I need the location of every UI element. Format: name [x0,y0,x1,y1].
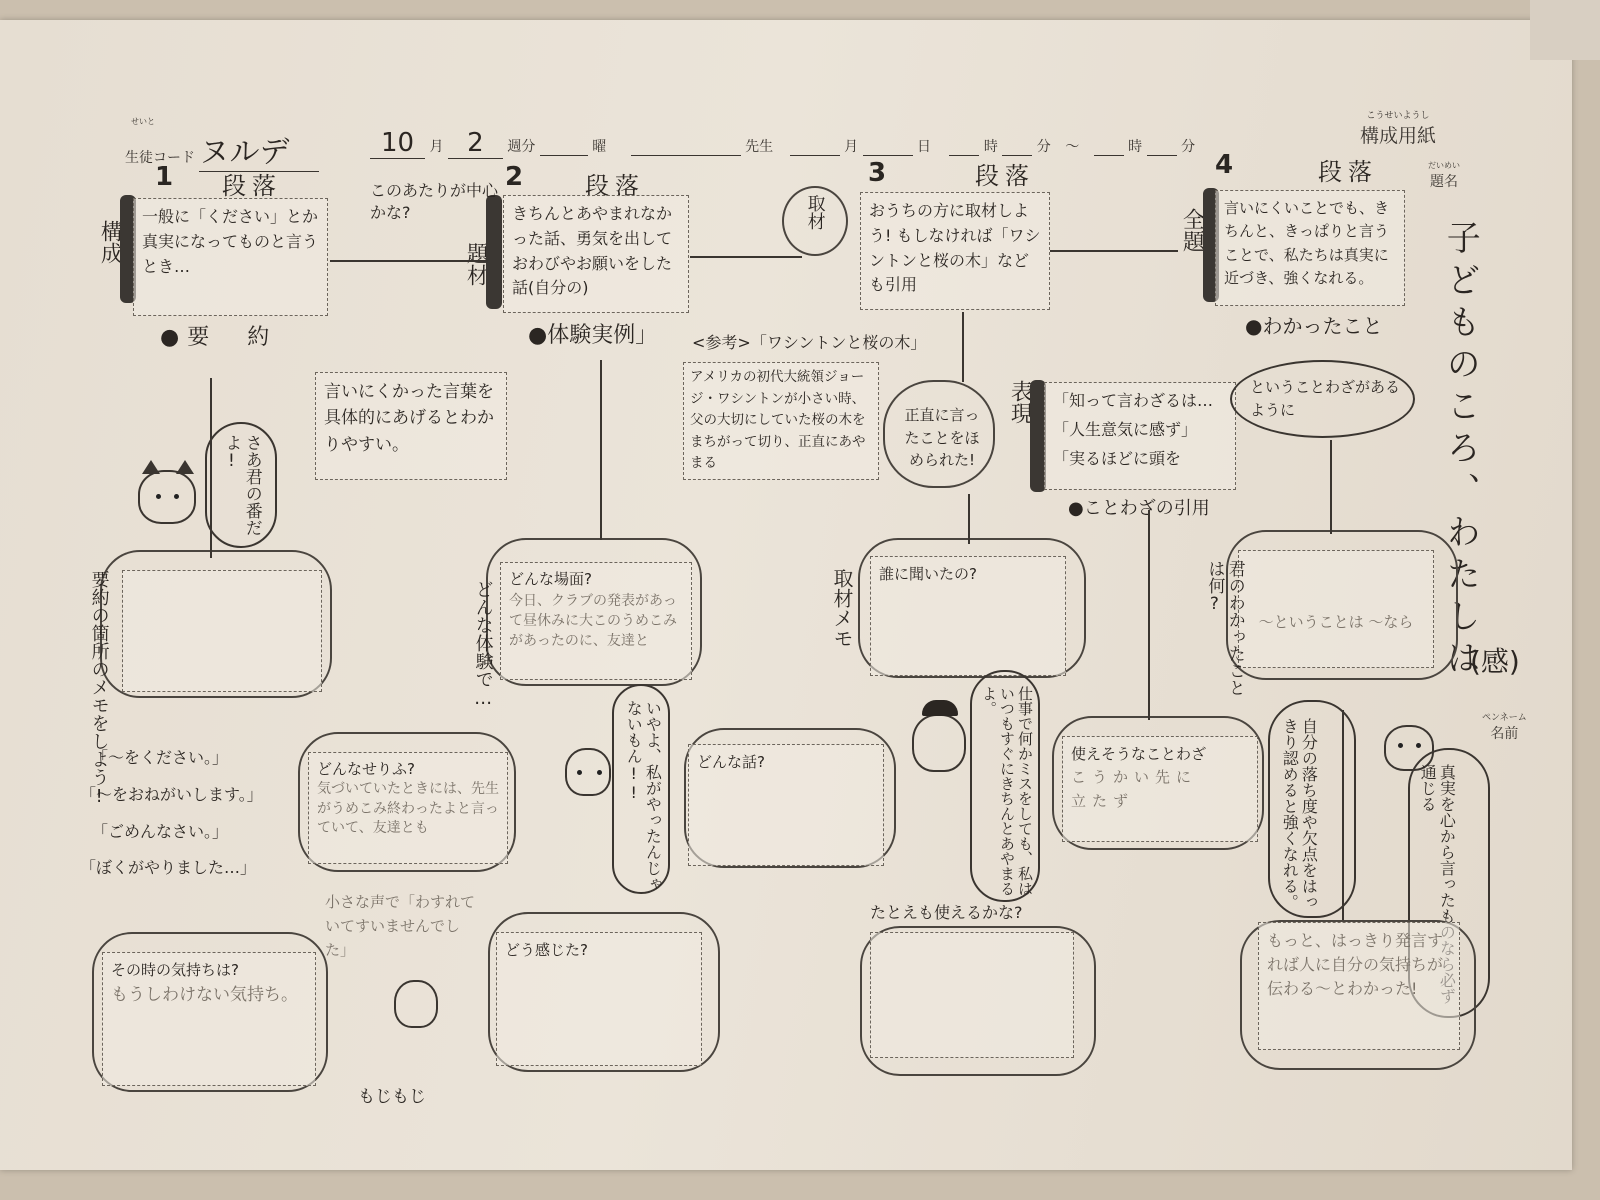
end-hour-label: 時 [1128,139,1142,155]
end-minute-value[interactable] [1147,139,1177,156]
dog-speech-text: さあ君の番だよ! [221,434,262,546]
form-title: こうせいようし 構成用紙 [1360,108,1436,148]
dog-speech-bubble: さあ君の番だよ! [205,422,277,548]
date-day-label: 日 [917,139,931,155]
understood-memo-box[interactable]: 〜ということは 〜なら [1238,550,1434,668]
week-label: 週分 [507,139,535,155]
learned-answer: もっと、はっきり発言すれば人に自分の気持ちが伝わる〜とわかった! [1267,929,1451,1001]
interview-memo-box[interactable]: 誰に聞いたの? [870,556,1066,676]
dialogue-memo-box[interactable]: どんなせりふ? 気づいていたときには、先生がうめこみ終わったよと言っていて、友達… [308,752,508,864]
month-value[interactable]: 10 [370,128,425,159]
connector-line [1148,510,1150,720]
girl-cat-drawing [565,748,611,796]
paragraph-4-number: 4 [1215,150,1233,180]
end-hour-value[interactable] [1094,139,1124,156]
date-week-field: 10 月 2 週分 曜 先生 月 日 時 分 〜 時 分 [370,128,1195,159]
paragraph-1-tag: ●要 約 [160,320,277,351]
feeling-memo-box[interactable]: その時の気持ちは? もうしわけない気持ち。 [102,952,316,1086]
scene-memo-box[interactable]: どんな場面? 今日、クラブの発表があって昼休みに大このうめこみがあったのに、友達… [500,562,692,680]
quote-item: 「ごめんなさい。」 [92,814,263,851]
understood-side-note: 君のわかったことは何? [1204,560,1245,700]
girl-speech-text: いやよ、私がやったんじゃないもん!! [624,700,662,892]
connector-3-4 [1050,250,1178,252]
connector-2-3 [690,256,802,258]
paragraph-2-box[interactable]: きちんとあやまれなかった話、勇気を出しておわびやお願いをした話(自分の) [503,195,689,313]
end-minute-label: 分 [1181,139,1195,155]
reference-label: <参考>「ワシントンと桜の木」 [692,330,926,353]
man-with-hat-drawing [912,714,966,772]
interview-prompt: 誰に聞いたの? [879,563,1057,586]
how-felt-prompt: どう感じた? [505,939,693,962]
proverb-item: 「知って言わざるは… [1053,387,1227,416]
scene-prompt: どんな場面? [509,569,683,591]
proverb-tag: ●ことわざの引用 [1068,494,1210,520]
mojimoji-label: もじもじ [358,1082,426,1107]
connector-line [1330,440,1332,534]
connector-line [962,312,964,382]
shuzai-memo-side: 取材メモ [830,568,854,648]
concrete-words-note: 言いにくかった言葉を具体的にあげるとわかりやすい。 [315,372,507,480]
weekday-value[interactable] [540,139,588,156]
understood-answer: 〜ということは 〜なら [1247,611,1425,634]
paragraph-4-word: 段落 [1318,152,1378,187]
shuzai-cloud-text: 取材 [804,194,826,230]
proverb-item: 「人生意気に感ず」 [1053,416,1227,445]
paragraph-2-tag: ●体験実例」 [528,318,657,349]
form-title-ruby: こうせいようし [1360,108,1436,121]
form-title-text: 構成用紙 [1360,121,1436,148]
dialogue-prompt: どんなせりふ? [317,759,499,780]
connector-line [968,494,970,544]
story-prompt: どんな話? [697,751,875,774]
paragraph-4-box[interactable]: 言いにくいことでも、きちんと、きっぱりと言うことで、私たちは真実に近づき、強くな… [1215,190,1405,306]
week-value[interactable]: 2 [448,128,503,159]
paragraph-1-box[interactable]: 一般に「ください」とか真実になってものと言うとき… [133,198,328,316]
shy-cat-drawing [394,980,438,1028]
ear-icon [176,460,194,474]
ear-icon [142,460,160,474]
name-section: ペンネーム 名前 [1482,710,1527,743]
teacher-value[interactable] [631,139,741,156]
center-question-note: このあたりが中心かな? [370,180,500,223]
experience-side-note: どんな体験で… [472,580,494,709]
range-tilde: 〜 [1065,139,1079,155]
self-speech-text: 自分の落ち度や欠点をはっきり認めると強くなれる。 [1280,718,1318,912]
analogy-memo-box[interactable] [870,932,1074,1058]
ruby: せいと [131,116,319,127]
date-month-label: 月 [844,139,858,155]
honest-cloud: 正直に言ったことをほめられた! [883,380,995,488]
paper-fold [1530,0,1600,60]
eye-icon [597,770,602,775]
eye-icon [1416,743,1421,748]
eye-icon [174,494,179,499]
proverb-prompt: 使えそうなことわざ [1071,743,1249,766]
dog-drawing [138,470,196,524]
proverb-list: 「知って言わざるは… 「人生意気に感ず」 「実るほどに頭を [1044,382,1236,490]
learned-memo-box[interactable]: もっと、はっきり発言すれば人に自分の気持ちが伝わる〜とわかった! [1258,922,1460,1050]
penname-label: ペンネーム [1482,710,1527,723]
title-label: だいめい 題名 [1428,160,1460,191]
quote-examples: 「〜をください。」 「〜をおねがいします。」 「ごめんなさい。」 「ぼくがやりま… [80,740,263,887]
start-hour-label: 時 [984,139,998,155]
date-day-value[interactable] [863,139,913,156]
man-speech-text: 仕事で何かミスをしても、私はいつもすぐにきちんとあやまるよ。 [980,686,1034,896]
story-memo-box[interactable]: どんな話? [688,744,884,866]
paragraph-2-number: 2 [505,162,523,192]
analogy-prompt: たとえも使えるかな? [870,900,1023,923]
hyogen-label: 表現 [1006,380,1032,424]
reference-box: アメリカの初代大統領ジョージ・ワシントンが小さい時、父の大切にしていた桜の木をま… [683,362,879,480]
proverb-answer: こうかい先に立たず [1071,766,1211,813]
connector-line [600,360,602,540]
paragraph-4-tag: ●わかったこと [1245,310,1382,339]
paragraph-3-number: 3 [868,158,886,188]
how-felt-memo-box[interactable]: どう感じた? [496,932,702,1066]
quote-item: 「〜をおねがいします。」 [80,777,263,814]
weekday-label: 曜 [592,139,606,155]
teacher-label: 先生 [745,139,773,155]
worksheet-paper: せいと 生徒コード ヌルデ 10 月 2 週分 曜 先生 月 日 時 分 〜 時… [0,20,1572,1170]
feeling-prompt: その時の気持ちは? [111,959,307,982]
quote-item: 「〜をください。」 [92,740,263,777]
connector-line [210,378,212,558]
connector-1-2 [330,260,488,262]
shuzai-cloud: 取材 [782,186,848,256]
paragraph-1-word: 段落 [222,166,282,201]
feeling-answer: もうしわけない気持ち。 [111,982,307,1008]
title-label-ruby: だいめい [1428,160,1460,171]
start-minute-label: 分 [1037,139,1051,155]
month-label: 月 [429,139,443,155]
small-voice-note: 小さな声で「わすれていてすいませんでした」 [325,890,475,962]
connector-line [1342,710,1344,920]
dialogue-answer: 気づいていたときには、先生がうめこみ終わったよと言っていて、友達とも [317,780,499,839]
girl-speech-bubble: いやよ、私がやったんじゃないもん!! [612,684,670,894]
eye-icon [156,494,161,499]
proverb-bubble: ということわざがあるように [1230,360,1415,438]
summary-memo-box[interactable] [122,570,322,692]
start-hour-value[interactable] [949,139,979,156]
title-label-text: 題名 [1428,171,1460,191]
eye-icon [577,770,582,775]
paragraph-4-side-label: 全題 [1178,208,1204,252]
eye-icon [1398,743,1403,748]
hat-icon [922,700,958,716]
man-speech-bubble: 仕事で何かミスをしても、私はいつもすぐにきちんとあやまるよ。 [970,670,1040,902]
paragraph-3-word: 段落 [975,156,1035,191]
paragraph-3-box[interactable]: おうちの方に取材しよう! もしなければ「ワシントンと桜の木」なども引用 [860,192,1050,310]
proverb-item: 「実るほどに頭を [1053,445,1227,474]
quote-item: 「ぼくがやりました…」 [80,850,263,887]
paragraph-2-side-label: 題材 [462,242,488,286]
date-month-value[interactable] [790,139,840,156]
paragraph-1-number: 1 [155,162,173,192]
scene-answer: 今日、クラブの発表があって昼休みに大このうめこみがあったのに、友達と [509,591,683,652]
paragraph-1-side-label: 構成 [96,220,122,264]
name-label: 名前 [1482,723,1527,743]
start-minute-value[interactable] [1002,139,1032,156]
proverb-memo-box[interactable]: 使えそうなことわざ こうかい先に立たず [1062,736,1258,842]
essay-title-suffix: (感) [1470,640,1520,680]
